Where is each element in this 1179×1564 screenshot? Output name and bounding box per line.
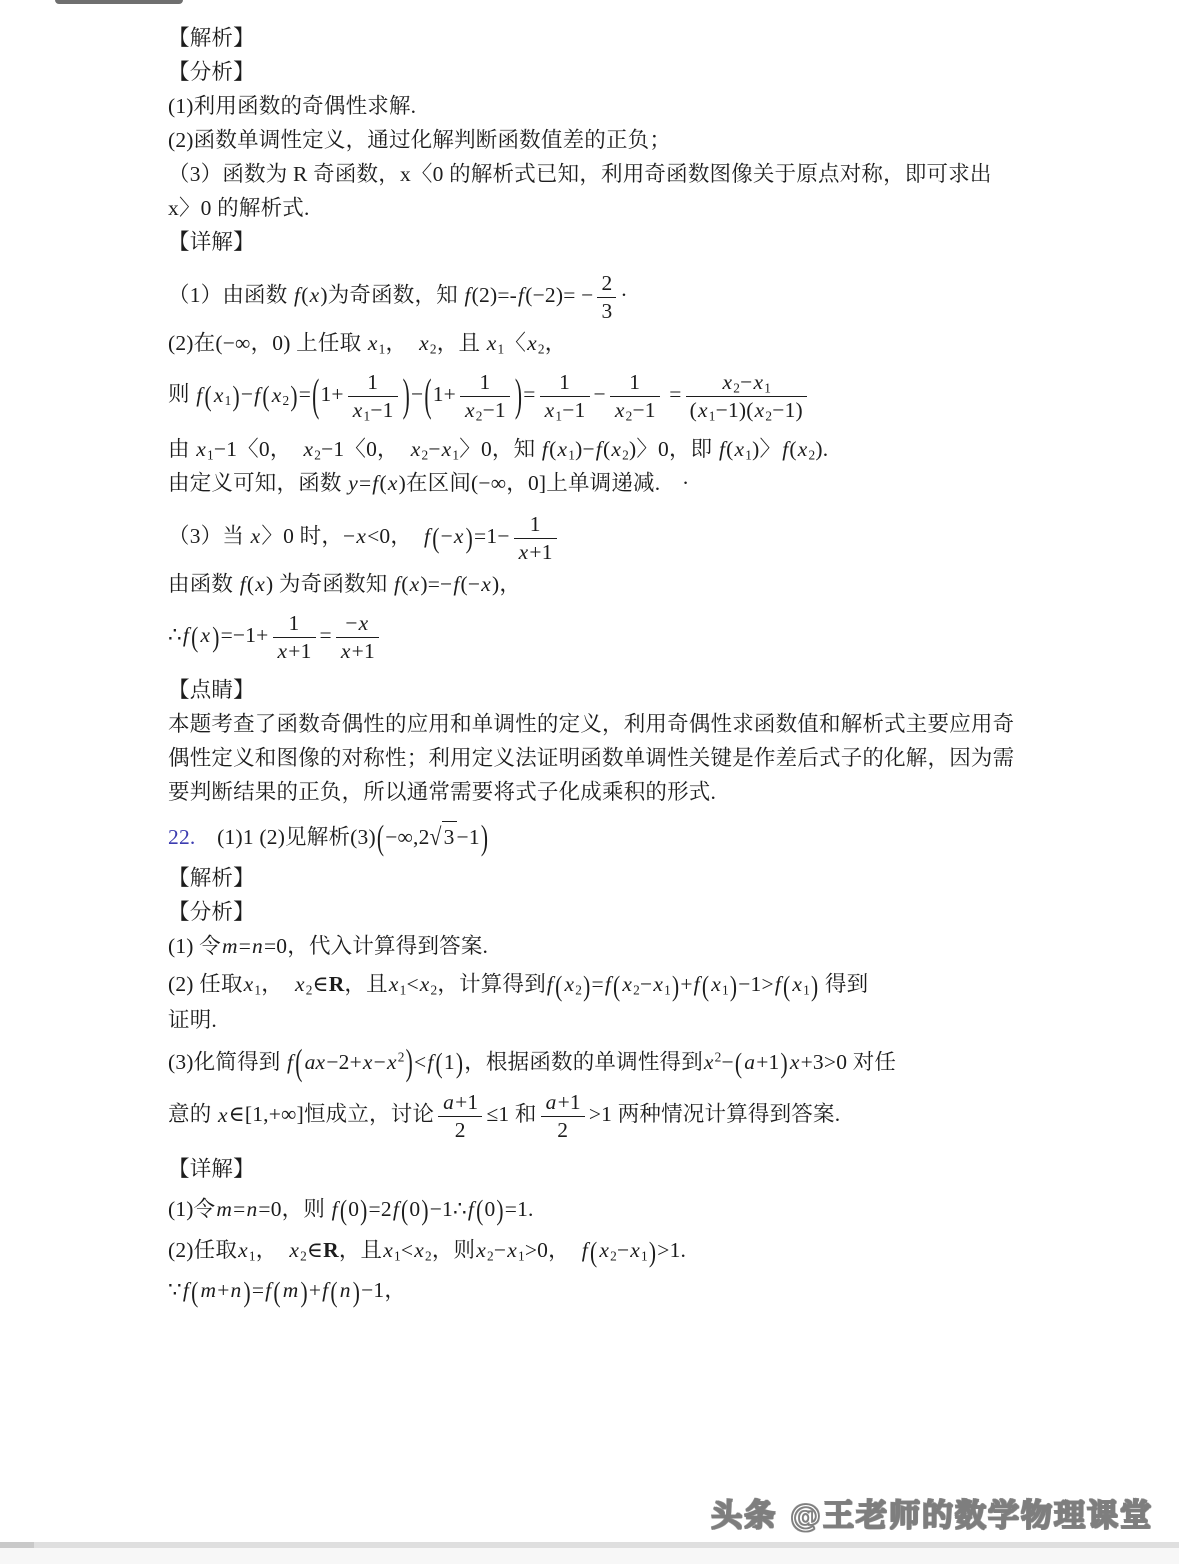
- header-dianjing-21: 【点睛】: [168, 675, 1024, 706]
- header-xiangjie-21: 【详解】: [168, 227, 1024, 258]
- paren: (: [262, 376, 269, 418]
- paren: ): [232, 376, 239, 418]
- paren: (: [330, 1271, 337, 1313]
- paren: ): [780, 1043, 787, 1085]
- remark-2: 偶性定义和图像的对称性；利用定义法证明函数单调性关键是作差后式子的化解，因为需: [168, 743, 1024, 774]
- paren: ): [353, 1271, 360, 1313]
- paren: ): [583, 965, 590, 1007]
- detail-2b: 由 x1−1〈0， x2−1〈0， x2−x1〉0，知 f(x1)−f(x2)〉…: [168, 434, 1024, 465]
- document-page: { "watermark": { "text": "头条 @王老师的数学物理课堂…: [0, 0, 1179, 1564]
- paren: (: [204, 376, 211, 418]
- detail-3a: （3）当 x〉0 时，−x<0， f(−x)=1−1x+1: [168, 510, 1024, 566]
- paren: ): [300, 1271, 307, 1313]
- header-fenxi-22: 【分析】: [168, 897, 1024, 928]
- paren: (: [191, 617, 198, 659]
- detail-2-equation: 则 f(x1)−f(x2)=(1+1x1−1)−(1+1x2−1)=1x1−1−…: [168, 368, 1024, 424]
- paren: (: [590, 1232, 597, 1274]
- paren: ): [421, 1190, 428, 1232]
- fraction: 23: [597, 271, 616, 323]
- paren: (: [273, 1271, 280, 1313]
- paren: ): [649, 1232, 656, 1274]
- detail22-1: (1)令m=n=0，则 f(0)=2f(0)−1∴f(0)=1.: [168, 1194, 1024, 1227]
- paren: ): [456, 1043, 463, 1085]
- scrollbar-artifact: [55, 0, 183, 4]
- paren: (: [432, 517, 439, 559]
- paren: (: [312, 364, 319, 429]
- detail22-2b: ∵f(m+n)=f(m)+f(n)−1，: [168, 1275, 1024, 1308]
- paren: ): [243, 1271, 250, 1313]
- paren: ): [212, 617, 219, 659]
- paren: ): [515, 364, 522, 429]
- detail-2a: (2)在(−∞，0) 上任取 x1， x2，且 x1〈x2，: [168, 328, 1024, 359]
- paren: (: [191, 1271, 198, 1313]
- sqrt: √3: [430, 821, 457, 853]
- paren: (: [613, 965, 620, 1007]
- page-bottom-margin: [0, 1548, 1179, 1564]
- fraction: 1x2−1: [610, 370, 660, 422]
- analysis22-2a: (2) 任取x1， x2∈R，且x1<x2，计算得到f(x2)=f(x2−x1)…: [168, 969, 1024, 1002]
- paren: (: [555, 965, 562, 1007]
- analysis-3b: x〉0 的解析式.: [168, 193, 1024, 224]
- paren: ): [466, 517, 473, 559]
- analysis-3a: （3）函数为 R 奇函数，x〈0 的解析式已知，利用奇函数图像关于原点对称，即可…: [168, 159, 1024, 190]
- detail22-2a: (2)任取x1， x2∈R，且x1<x2，则x2−x1>0， f(x2−x1)>…: [168, 1235, 1024, 1268]
- fraction: 1x+1: [273, 611, 316, 663]
- header-jiexi-21: 【解析】: [168, 23, 1024, 54]
- fraction: 1x1−1: [540, 370, 590, 422]
- fraction: x2−x1(x1−1)(x2−1): [686, 370, 807, 422]
- paren: (: [476, 1190, 483, 1232]
- paren: (: [702, 965, 709, 1007]
- analysis22-1: (1) 令m=n=0，代入计算得到答案.: [168, 931, 1024, 962]
- paren: (: [295, 1038, 302, 1091]
- fraction: a+12: [541, 1090, 585, 1142]
- paren: ): [360, 1190, 367, 1232]
- header-xiangjie-22: 【详解】: [168, 1154, 1024, 1185]
- analysis22-2b: 证明.: [168, 1005, 1024, 1036]
- detail-3c: ∴f(x)=−1+1x+1=−xx+1: [168, 609, 1024, 665]
- paren: ): [403, 364, 410, 429]
- paren: ): [730, 965, 737, 1007]
- analysis22-3b: 意的 x∈[1,+∞]恒成立，讨论a+12≤1 和a+12>1 两种情况计算得到…: [168, 1088, 1024, 1144]
- paren: ): [672, 965, 679, 1007]
- analysis22-3a: (3)化简得到 f(ax−2+x−x2)<f(1)，根据函数的单调性得到x2−(…: [168, 1047, 1024, 1080]
- header-jiexi-22: 【解析】: [168, 863, 1024, 894]
- paren: (: [436, 1043, 443, 1085]
- detail-2c: 由定义可知，函数 y=f(x)在区间(−∞，0]上单调递减. ·: [168, 468, 1024, 499]
- document-body: 【解析】【分析】(1)利用函数的奇偶性求解.(2)函数单调性定义，通过化解判断函…: [168, 20, 1024, 1311]
- paren: (: [340, 1190, 347, 1232]
- remark-1: 本题考查了函数奇偶性的应用和单调性的定义，利用奇偶性求函数值和解析式主要应用奇: [168, 709, 1024, 740]
- paren: (: [735, 1043, 742, 1085]
- paren: (: [783, 965, 790, 1007]
- remark-3: 要判断结果的正负，所以通常需要将式子化成乘积的形式.: [168, 777, 1024, 808]
- watermark: 头条 @王老师的数学物理课堂: [711, 1490, 1153, 1535]
- paren: ): [290, 376, 297, 418]
- header-fenxi-21: 【分析】: [168, 57, 1024, 88]
- fraction: 1x+1: [514, 512, 557, 564]
- detail-3b: 由函数 f(x) 为奇函数知 f(x)=−f(−x)，: [168, 569, 1024, 600]
- fraction: 1x1−1: [348, 370, 398, 422]
- analysis-1: (1)利用函数的奇偶性求解.: [168, 91, 1024, 122]
- analysis-2: (2)函数单调性定义，通过化解判断函数值差的正负；: [168, 125, 1024, 156]
- fraction: a+12: [438, 1090, 482, 1142]
- fraction: 1x2−1: [460, 370, 510, 422]
- fraction: −xx+1: [336, 611, 379, 663]
- paren: (: [377, 814, 384, 864]
- paren: ): [406, 1038, 413, 1091]
- paren: (: [401, 1190, 408, 1232]
- paren: ): [811, 965, 818, 1007]
- paren: (: [424, 364, 431, 429]
- detail-1: （1）由函数 f(x)为奇函数，知 f(2)=-f(−2)= −23·: [168, 269, 1024, 325]
- paren: ): [496, 1190, 503, 1232]
- answer-22: 22. (1)1 (2)见解析(3)(−∞,2√3−1): [168, 821, 1024, 855]
- paren: ): [481, 814, 488, 864]
